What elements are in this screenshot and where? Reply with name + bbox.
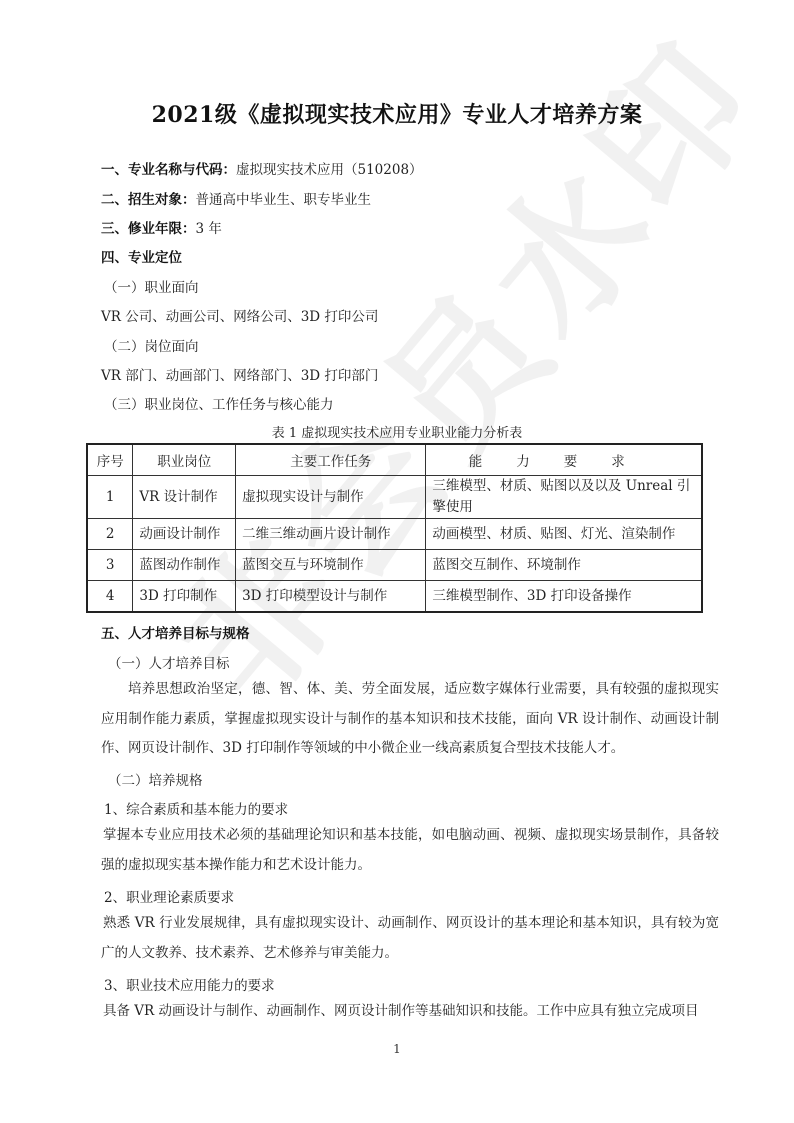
header-task: 主要工作任务 bbox=[236, 444, 426, 476]
header-post: 职业岗位 bbox=[133, 444, 236, 476]
section-label: 一、专业名称与代码： bbox=[101, 162, 236, 178]
section-label: 三、修业年限： bbox=[101, 221, 196, 237]
table-header-row: 序号 职业岗位 主要工作任务 能力要求 bbox=[87, 444, 702, 476]
cell-post: 3D 打印制作 bbox=[133, 581, 236, 613]
requirement-2-text: 熟悉 VR 行业发展规律，具有虚拟现实设计、动画制作、网页设计的基本理论和基本知… bbox=[101, 909, 719, 968]
cell-post: 动画设计制作 bbox=[133, 519, 236, 550]
header-no: 序号 bbox=[87, 444, 133, 476]
cell-task: 3D 打印模型设计与制作 bbox=[236, 581, 426, 613]
section-heading: 五、人才培养目标与规格 bbox=[101, 626, 250, 642]
section-value: 普通高中毕业生、职专毕业生 bbox=[196, 192, 372, 208]
section-heading: 四、专业定位 bbox=[101, 250, 182, 266]
section-duration: 三、修业年限：3 年 bbox=[101, 217, 222, 237]
table-row: 2 动画设计制作 二维三维动画片设计制作 动画模型、材质、贴图、灯光、渲染制作 bbox=[87, 519, 702, 550]
document-page: 非会员水印 2021级《虚拟现实技术应用》专业人才培养方案 一、专业名称与代码：… bbox=[0, 0, 794, 1123]
page-number: 1 bbox=[0, 1042, 794, 1056]
section-value: 3 年 bbox=[196, 221, 222, 237]
subheading-training-spec: （二）培养规格 bbox=[108, 769, 203, 789]
cell-no: 4 bbox=[87, 581, 133, 613]
cell-no: 3 bbox=[87, 550, 133, 581]
ability-analysis-table: 序号 职业岗位 主要工作任务 能力要求 1 VR 设计制作 虚拟现实设计与制作 … bbox=[86, 443, 703, 613]
requirement-3-text: 具备 VR 动画设计与制作、动画制作、网页设计制作等基础知识和技能。工作中应具有… bbox=[101, 997, 719, 1027]
cell-ability: 动画模型、材质、贴图、灯光、渲染制作 bbox=[426, 519, 702, 550]
section-label: 二、招生对象： bbox=[101, 192, 196, 208]
training-goal-text: 培养思想政治坚定，德、智、体、美、劳全面发展，适应数字媒体行业需要，具有较强的虚… bbox=[101, 675, 719, 764]
career-orientation-text: VR 公司、动画公司、网络公司、3D 打印公司 bbox=[101, 305, 378, 325]
cell-task: 蓝图交互与环境制作 bbox=[236, 550, 426, 581]
section-positioning: 四、专业定位 bbox=[101, 246, 182, 266]
cell-ability: 三维模型、材质、贴图以及以及 Unreal 引擎使用 bbox=[426, 476, 702, 519]
subheading-post-orientation: （二）岗位面向 bbox=[104, 335, 199, 355]
cell-post: 蓝图动作制作 bbox=[133, 550, 236, 581]
subheading-career-orientation: （一）职业面向 bbox=[104, 276, 199, 296]
subheading-core-abilities: （三）职业岗位、工作任务与核心能力 bbox=[104, 393, 334, 413]
section-value: 虚拟现实技术应用（510208） bbox=[236, 162, 423, 178]
cell-no: 2 bbox=[87, 519, 133, 550]
cell-ability: 三维模型制作、3D 打印设备操作 bbox=[426, 581, 702, 613]
post-orientation-text: VR 部门、动画部门、网络部门、3D 打印部门 bbox=[101, 364, 378, 384]
section-major-name: 一、专业名称与代码：虚拟现实技术应用（510208） bbox=[101, 158, 423, 178]
header-ability: 能力要求 bbox=[426, 444, 702, 476]
section-enrollment: 二、招生对象：普通高中毕业生、职专毕业生 bbox=[101, 188, 371, 208]
cell-post: VR 设计制作 bbox=[133, 476, 236, 519]
table-row: 1 VR 设计制作 虚拟现实设计与制作 三维模型、材质、贴图以及以及 Unrea… bbox=[87, 476, 702, 519]
requirement-3-heading: 3、职业技术应用能力的要求 bbox=[104, 974, 275, 994]
requirement-2-heading: 2、职业理论素质要求 bbox=[104, 886, 234, 906]
table-row: 3 蓝图动作制作 蓝图交互与环境制作 蓝图交互制作、环境制作 bbox=[87, 550, 702, 581]
cell-task: 二维三维动画片设计制作 bbox=[236, 519, 426, 550]
document-title: 2021级《虚拟现实技术应用》专业人才培养方案 bbox=[0, 98, 794, 129]
table-caption: 表 1 虚拟现实技术应用专业职业能力分析表 bbox=[0, 422, 794, 441]
section-training-goals: 五、人才培养目标与规格 bbox=[101, 622, 250, 642]
requirement-1-text: 掌握本专业应用技术必须的基础理论知识和基本技能，如电脑动画、视频、虚拟现实场景制… bbox=[101, 821, 719, 880]
table-row: 4 3D 打印制作 3D 打印模型设计与制作 三维模型制作、3D 打印设备操作 bbox=[87, 581, 702, 613]
cell-no: 1 bbox=[87, 476, 133, 519]
subheading-training-goal: （一）人才培养目标 bbox=[108, 652, 230, 672]
requirement-1-heading: 1、综合素质和基本能力的要求 bbox=[104, 798, 288, 818]
cell-ability: 蓝图交互制作、环境制作 bbox=[426, 550, 702, 581]
cell-task: 虚拟现实设计与制作 bbox=[236, 476, 426, 519]
